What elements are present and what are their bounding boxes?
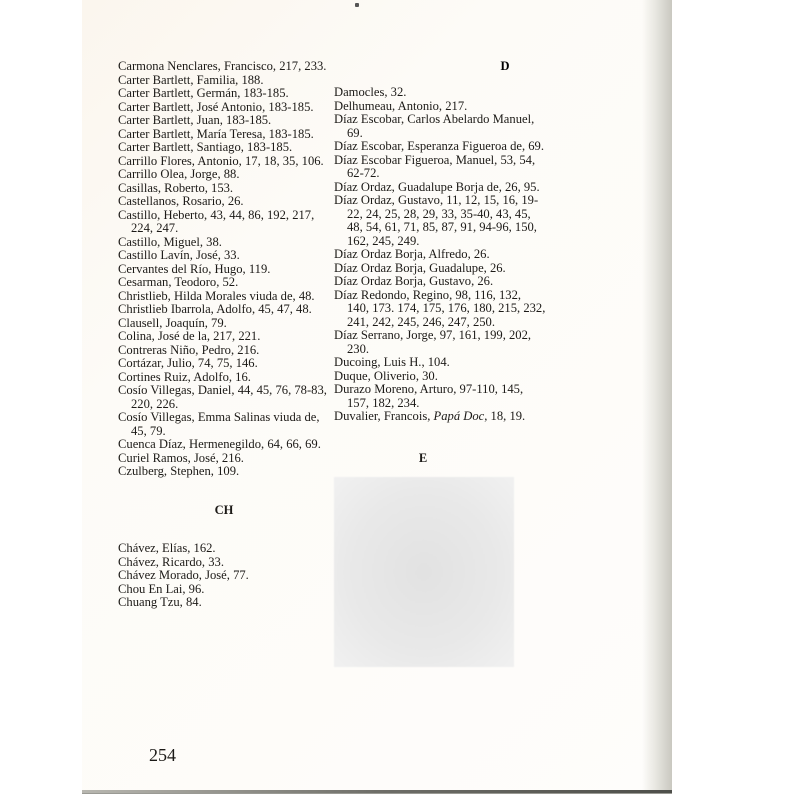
index-entry: Cosío Villegas, Daniel, 44, 45, 76, 78-8… bbox=[118, 384, 330, 411]
index-entry: Christlieb, Hilda Morales viuda de, 48. bbox=[118, 290, 330, 304]
index-entry: Carter Bartlett, José Antonio, 183-185. bbox=[118, 101, 330, 115]
index-entry-duvalier: Duvalier, Francois, Papá Doc, 18, 19. bbox=[334, 410, 546, 424]
index-entry: Díaz Ordaz Borja, Guadalupe, 26. bbox=[334, 262, 546, 276]
index-entry: Damocles, 32. bbox=[334, 86, 546, 100]
index-entry: Castillo, Heberto, 43, 44, 86, 192, 217,… bbox=[118, 209, 330, 236]
index-entry: Castillo Lavín, José, 33. bbox=[118, 249, 330, 263]
index-entry: Díaz Escobar Figueroa, Manuel, 53, 54, 6… bbox=[334, 154, 546, 181]
letter-heading-ch: CH bbox=[118, 504, 330, 518]
index-entry: Colina, José de la, 217, 221. bbox=[118, 330, 330, 344]
page-edge-shadow bbox=[642, 0, 672, 793]
index-entry: Duque, Oliverio, 30. bbox=[334, 370, 546, 384]
index-entry: Díaz Redondo, Regino, 98, 116, 132, 140,… bbox=[334, 289, 546, 330]
index-column-right: Damocles, 32.Delhumeau, Antonio, 217.Día… bbox=[334, 86, 546, 667]
index-entry: Chávez Morado, José, 77. bbox=[118, 569, 330, 583]
index-section-ch: Chávez, Elías, 162.Chávez, Ricardo, 33.C… bbox=[118, 542, 330, 610]
index-entry: Curiel Ramos, José, 216. bbox=[118, 452, 330, 466]
index-entry: Carter Bartlett, Familia, 188. bbox=[118, 74, 330, 88]
index-section-c: Carmona Nenclares, Francisco, 217, 233.C… bbox=[118, 60, 330, 479]
index-entry: Chávez, Elías, 162. bbox=[118, 542, 330, 556]
index-entry: Carrillo Olea, Jorge, 88. bbox=[118, 168, 330, 182]
index-entry: Delhumeau, Antonio, 217. bbox=[334, 100, 546, 114]
index-entry: Durazo Moreno, Arturo, 97-110, 145, 157,… bbox=[334, 383, 546, 410]
letter-heading-e: E bbox=[334, 452, 512, 466]
index-entry: Cortines Ruiz, Adolfo, 16. bbox=[118, 371, 330, 385]
index-entry: Clausell, Joaquín, 79. bbox=[118, 317, 330, 331]
index-entry: Castellanos, Rosario, 26. bbox=[118, 195, 330, 209]
index-entry: Díaz Escobar, Esperanza Figueroa de, 69. bbox=[334, 140, 546, 154]
index-entry: Díaz Serrano, Jorge, 97, 161, 199, 202, … bbox=[334, 329, 546, 356]
index-entry: Contreras Niño, Pedro, 216. bbox=[118, 344, 330, 358]
index-entry: Cuenca Díaz, Hermenegildo, 64, 66, 69. bbox=[118, 438, 330, 452]
index-entry: Carrillo Flores, Antonio, 17, 18, 35, 10… bbox=[118, 155, 330, 169]
index-entry: Díaz Escobar, Carlos Abelardo Manuel, 69… bbox=[334, 113, 546, 140]
index-entry: Díaz Ordaz, Gustavo, 11, 12, 15, 16, 19-… bbox=[334, 194, 546, 248]
index-entry: Carter Bartlett, Santiago, 183-185. bbox=[118, 141, 330, 155]
ink-speck bbox=[355, 3, 359, 7]
index-entry: Carmona Nenclares, Francisco, 217, 233. bbox=[118, 60, 330, 74]
index-entry: Chou En Lai, 96. bbox=[118, 583, 330, 597]
index-entry: Christlieb Ibarrola, Adolfo, 45, 47, 48. bbox=[118, 303, 330, 317]
letter-heading-d: D bbox=[416, 59, 594, 74]
index-entry: Díaz Ordaz Borja, Gustavo, 26. bbox=[334, 275, 546, 289]
index-entry: Carter Bartlett, María Teresa, 183-185. bbox=[118, 128, 330, 142]
index-entry: Cortázar, Julio, 74, 75, 146. bbox=[118, 357, 330, 371]
index-entry: Cervantes del Río, Hugo, 119. bbox=[118, 263, 330, 277]
index-section-d: Damocles, 32.Delhumeau, Antonio, 217.Día… bbox=[334, 86, 546, 410]
page-number: 254 bbox=[149, 745, 176, 766]
page-bottom-edge bbox=[82, 790, 672, 793]
index-entry: Carter Bartlett, Germán, 183-185. bbox=[118, 87, 330, 101]
index-entry: Chuang Tzu, 84. bbox=[118, 596, 330, 610]
index-entry: Díaz Ordaz Borja, Alfredo, 26. bbox=[334, 248, 546, 262]
index-entry: Carter Bartlett, Juan, 183-185. bbox=[118, 114, 330, 128]
index-entry: Casillas, Roberto, 153. bbox=[118, 182, 330, 196]
index-entry: Castillo, Miguel, 38. bbox=[118, 236, 330, 250]
index-entry: Cosío Villegas, Emma Salinas viuda de, 4… bbox=[118, 411, 330, 438]
index-column-left: Carmona Nenclares, Francisco, 217, 233.C… bbox=[118, 60, 330, 610]
index-entry: Díaz Ordaz, Guadalupe Borja de, 26, 95. bbox=[334, 181, 546, 195]
index-entry: Chávez, Ricardo, 33. bbox=[118, 556, 330, 570]
index-entry: Cesarman, Teodoro, 52. bbox=[118, 276, 330, 290]
blurred-redacted-region bbox=[334, 477, 514, 667]
index-entry: Czulberg, Stephen, 109. bbox=[118, 465, 330, 479]
index-entry: Ducoing, Luis H., 104. bbox=[334, 356, 546, 370]
